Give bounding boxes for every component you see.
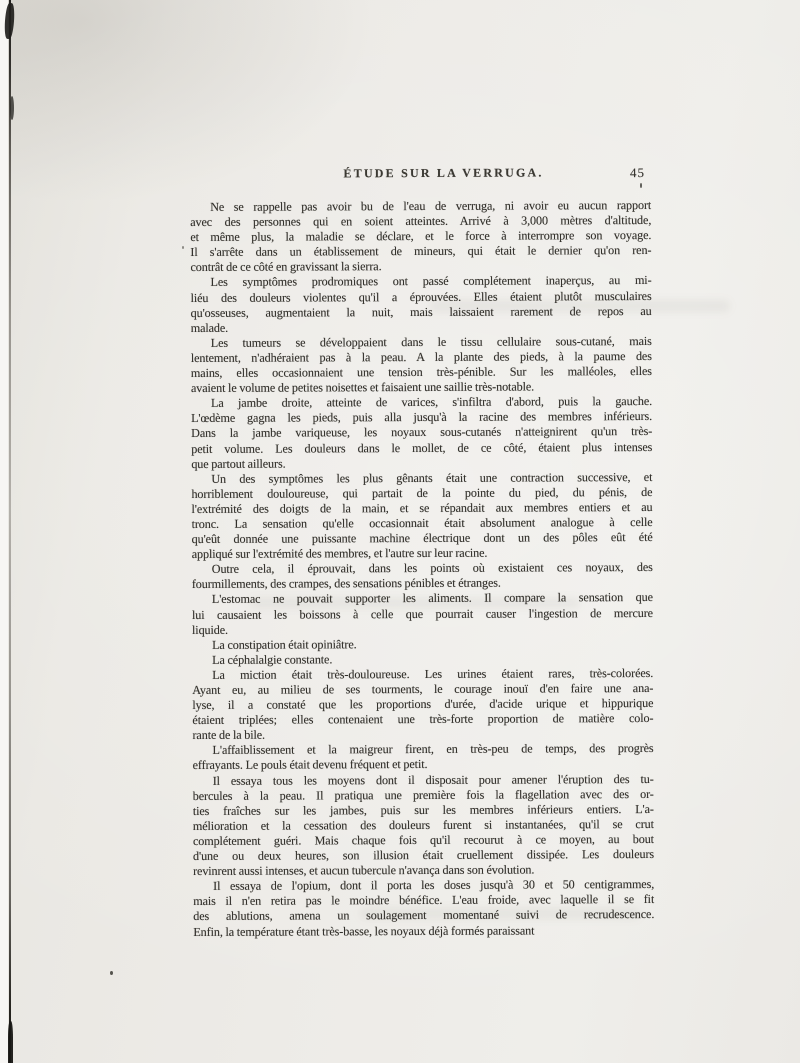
- text-line: Enfin, la température étant très-basse, …: [193, 922, 654, 939]
- text-line: lui causaient les boissons à celle que p…: [192, 606, 653, 623]
- paragraph: Un des symptômes les plus gênants était …: [191, 470, 652, 563]
- paragraph: L'estomac ne pouvait supporter les alime…: [192, 590, 653, 637]
- text-line: bercules à la peau. Il pratiqua une prem…: [193, 787, 654, 804]
- scanned-book-page: ÉTUDE SUR LA VERRUGA. 45 Ne se rappelle …: [0, 0, 800, 1063]
- page-title: ÉTUDE SUR LA VERRUGA.: [190, 165, 651, 182]
- binding-ink-blob-mid: [10, 96, 14, 120]
- text-line: qu'eût donnée une puissante machine élec…: [192, 530, 653, 547]
- scan-speck: [182, 246, 184, 249]
- text-line: qu'osseuses, augmentaient la nuit, mais …: [191, 304, 652, 321]
- paragraph: Il essaya tous les moyens dont il dispos…: [193, 772, 654, 880]
- binding-ink-blob-bottom: [8, 1021, 13, 1063]
- paragraph: Outre cela, il éprouvait, dans les point…: [192, 560, 653, 592]
- text-line: Outre cela, il éprouvait, dans les point…: [192, 560, 653, 577]
- paragraph: Les symptômes prodromiques ont passé com…: [190, 273, 651, 335]
- text-line: mains, elles occasionnaient une tension …: [191, 364, 652, 381]
- text-line: des ablutions, amena un soulagement mome…: [193, 907, 654, 924]
- paragraph: La jambe droite, atteinte de varices, s'…: [191, 394, 652, 471]
- paragraph: Ne se rappelle pas avoir bu de l'eau de …: [190, 198, 651, 275]
- text-line: étaient triplées; elles contenaient une …: [192, 711, 653, 728]
- scan-speck: [110, 971, 113, 975]
- text-line: d'une ou deux heures, son illusion était…: [193, 847, 654, 864]
- text-line: petit volume. Les douleurs dans le molle…: [191, 439, 652, 456]
- text-line: L'estomac ne pouvait supporter les alime…: [192, 590, 653, 607]
- running-header: ÉTUDE SUR LA VERRUGA. 45: [190, 165, 651, 183]
- binding-line: [9, 0, 11, 1063]
- text-body: Ne se rappelle pas avoir bu de l'eau de …: [190, 198, 654, 940]
- text-line: Dans la jambe variqueuse, les noyaux sou…: [191, 424, 652, 441]
- paragraph: L'affaiblissement et la maigreur firent,…: [193, 741, 654, 773]
- text-block: ÉTUDE SUR LA VERRUGA. 45 Ne se rappelle …: [190, 165, 654, 940]
- page-number: 45: [630, 165, 645, 181]
- text-line: Il essaya tous les moyens dont il dispos…: [193, 772, 654, 789]
- paragraph: Il essaya de l'opium, dont il porta les …: [193, 877, 654, 939]
- text-line: liéu des douleurs violentes qu'il a épro…: [191, 289, 652, 306]
- text-line: Il s'arrête dans un établissement de min…: [190, 243, 651, 260]
- text-line: Un des symptômes les plus gênants était …: [191, 470, 652, 487]
- paragraph: La miction était très-douloureuse. Les u…: [192, 666, 653, 743]
- text-line: L'affaiblissement et la maigreur firent,…: [193, 741, 654, 758]
- text-line: Les symptômes prodromiques ont passé com…: [190, 273, 651, 290]
- paragraph: Les tumeurs se développaient dans le tis…: [191, 334, 652, 396]
- page-edge: [0, 0, 8, 1063]
